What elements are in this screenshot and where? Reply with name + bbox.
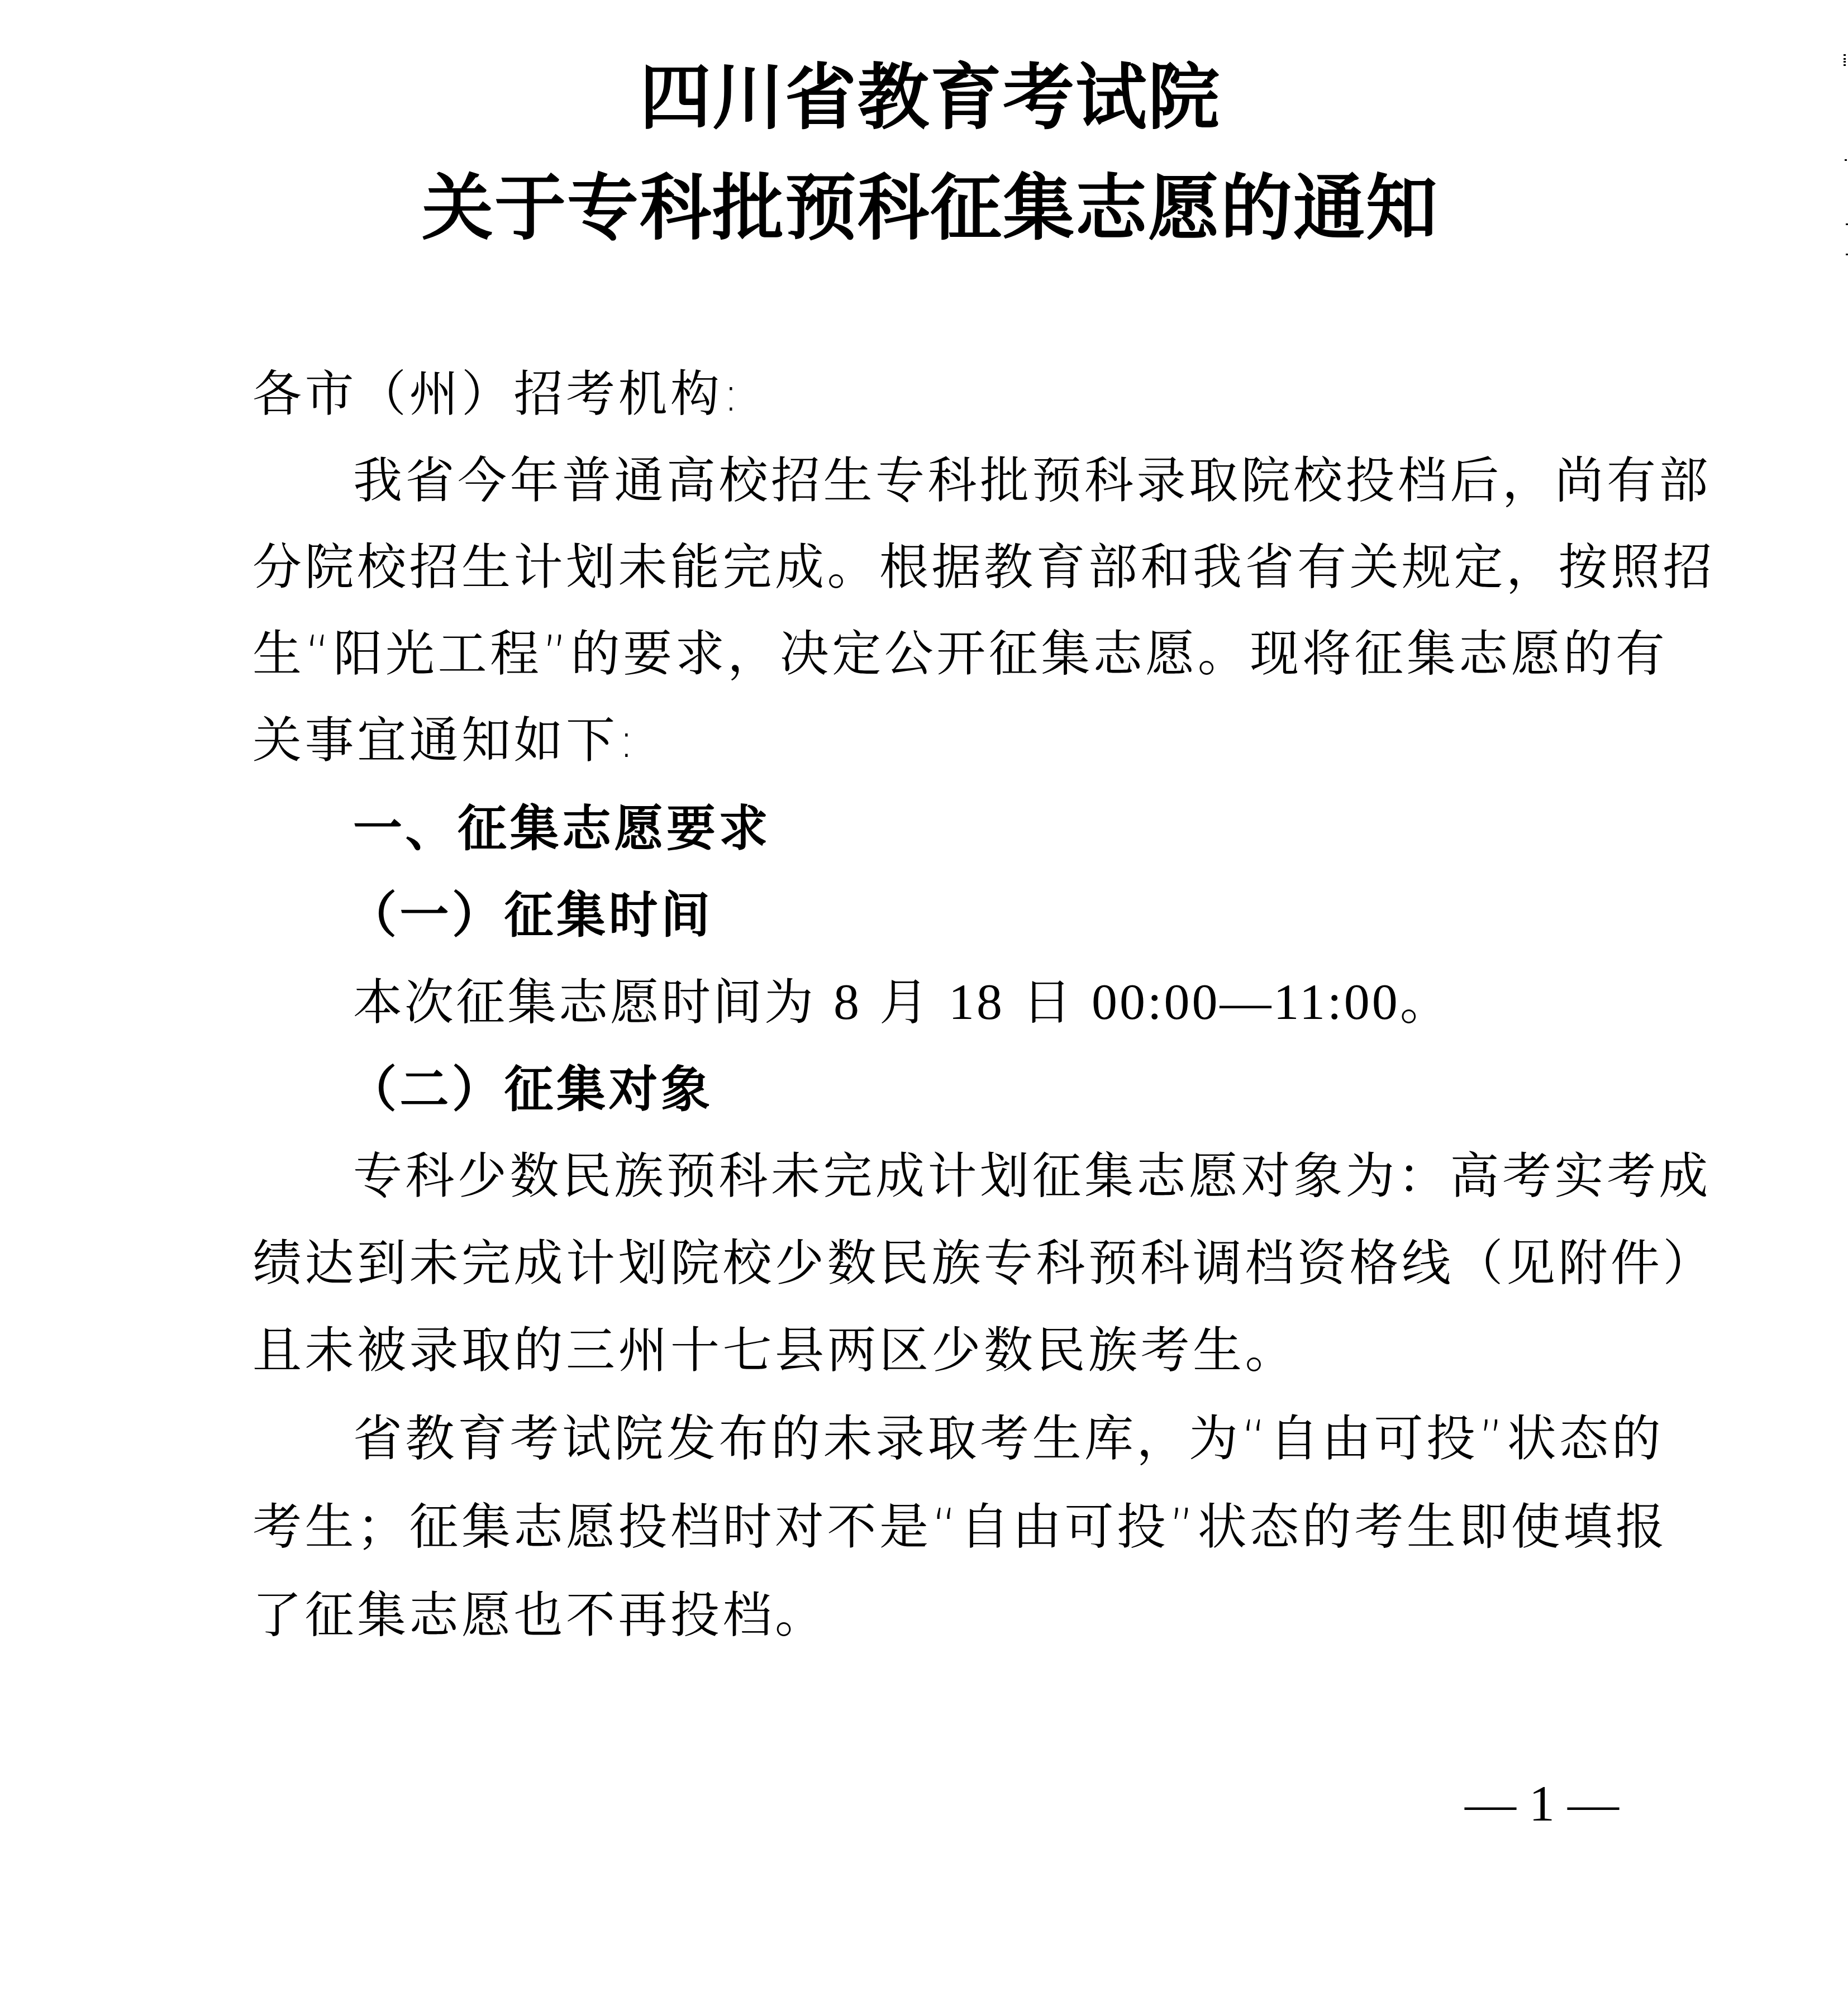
document-title-issuer: 四川省教育考试院 [0, 56, 1848, 140]
salutation: 各市（州）招考机构: [253, 358, 1616, 430]
target-paragraph-line: 绩达到未完成计划院校少数民族专科预科调档资格线（见附件） [253, 1227, 1616, 1299]
collection-month-unit: 月 [879, 973, 931, 1031]
section-heading-requirements: 一、征集志愿要求 [353, 792, 1616, 865]
document-page: 四川省教育考试院 关于专科批预科征集志愿的通知 各市（州）招考机构: 我省今年普… [0, 0, 1848, 2006]
scan-speck [1844, 61, 1846, 63]
scan-speck [1844, 54, 1846, 56]
scan-speck [1845, 159, 1847, 161]
scan-speck [1846, 223, 1848, 225]
scan-speck [1844, 64, 1846, 66]
page-number: — 1 — [1458, 1770, 1626, 1837]
intro-paragraph-line: 关事宜通知如下: [253, 704, 1616, 776]
target-paragraph-line: 专科少数民族预科未完成计划征集志愿对象为：高考实考成 [353, 1140, 1616, 1212]
collection-time-prefix: 本次征集志愿时间为 [353, 973, 816, 1031]
subsection-heading-target: （二）征集对象 [347, 1053, 1711, 1126]
intro-paragraph-line: 生“阳光工程”的要求，决定公开征集志愿。现将征集志愿的有 [253, 617, 1616, 690]
intro-paragraph-line: 分院校招生计划未能完成。根据教育部和我省有关规定，按照招 [253, 531, 1616, 603]
status-paragraph-line: 省教育考试院发布的未录取考生库，为“自由可投”状态的 [353, 1402, 1616, 1475]
collection-day-unit: 日 [1022, 973, 1074, 1031]
intro-paragraph-line: 我省今年普通高校招生专科批预科录取院校投档后，尚有部 [353, 444, 1616, 517]
collection-day: 18 [949, 973, 1004, 1030]
scan-speck [1846, 254, 1848, 255]
collection-time-text: 本次征集志愿时间为 8 月 18 日 00:00—11:00。 [353, 965, 1616, 1038]
scan-speck [1844, 58, 1846, 60]
document-title-subject: 关于专科批预科征集志愿的通知 [0, 166, 1848, 250]
status-paragraph-line: 考生；征集志愿投档时对不是“自由可投”状态的考生即使填报 [253, 1490, 1616, 1563]
target-paragraph-line: 且未被录取的三州十七县两区少数民族考生。 [253, 1314, 1616, 1386]
collection-month: 8 [833, 973, 861, 1030]
collection-time-end: 。 [1400, 973, 1451, 1031]
status-paragraph-line: 了征集志愿也不再投档。 [253, 1579, 1616, 1651]
subsection-heading-time: （一）征集时间 [347, 879, 1711, 951]
collection-time-range: 00:00—11:00 [1092, 973, 1400, 1030]
